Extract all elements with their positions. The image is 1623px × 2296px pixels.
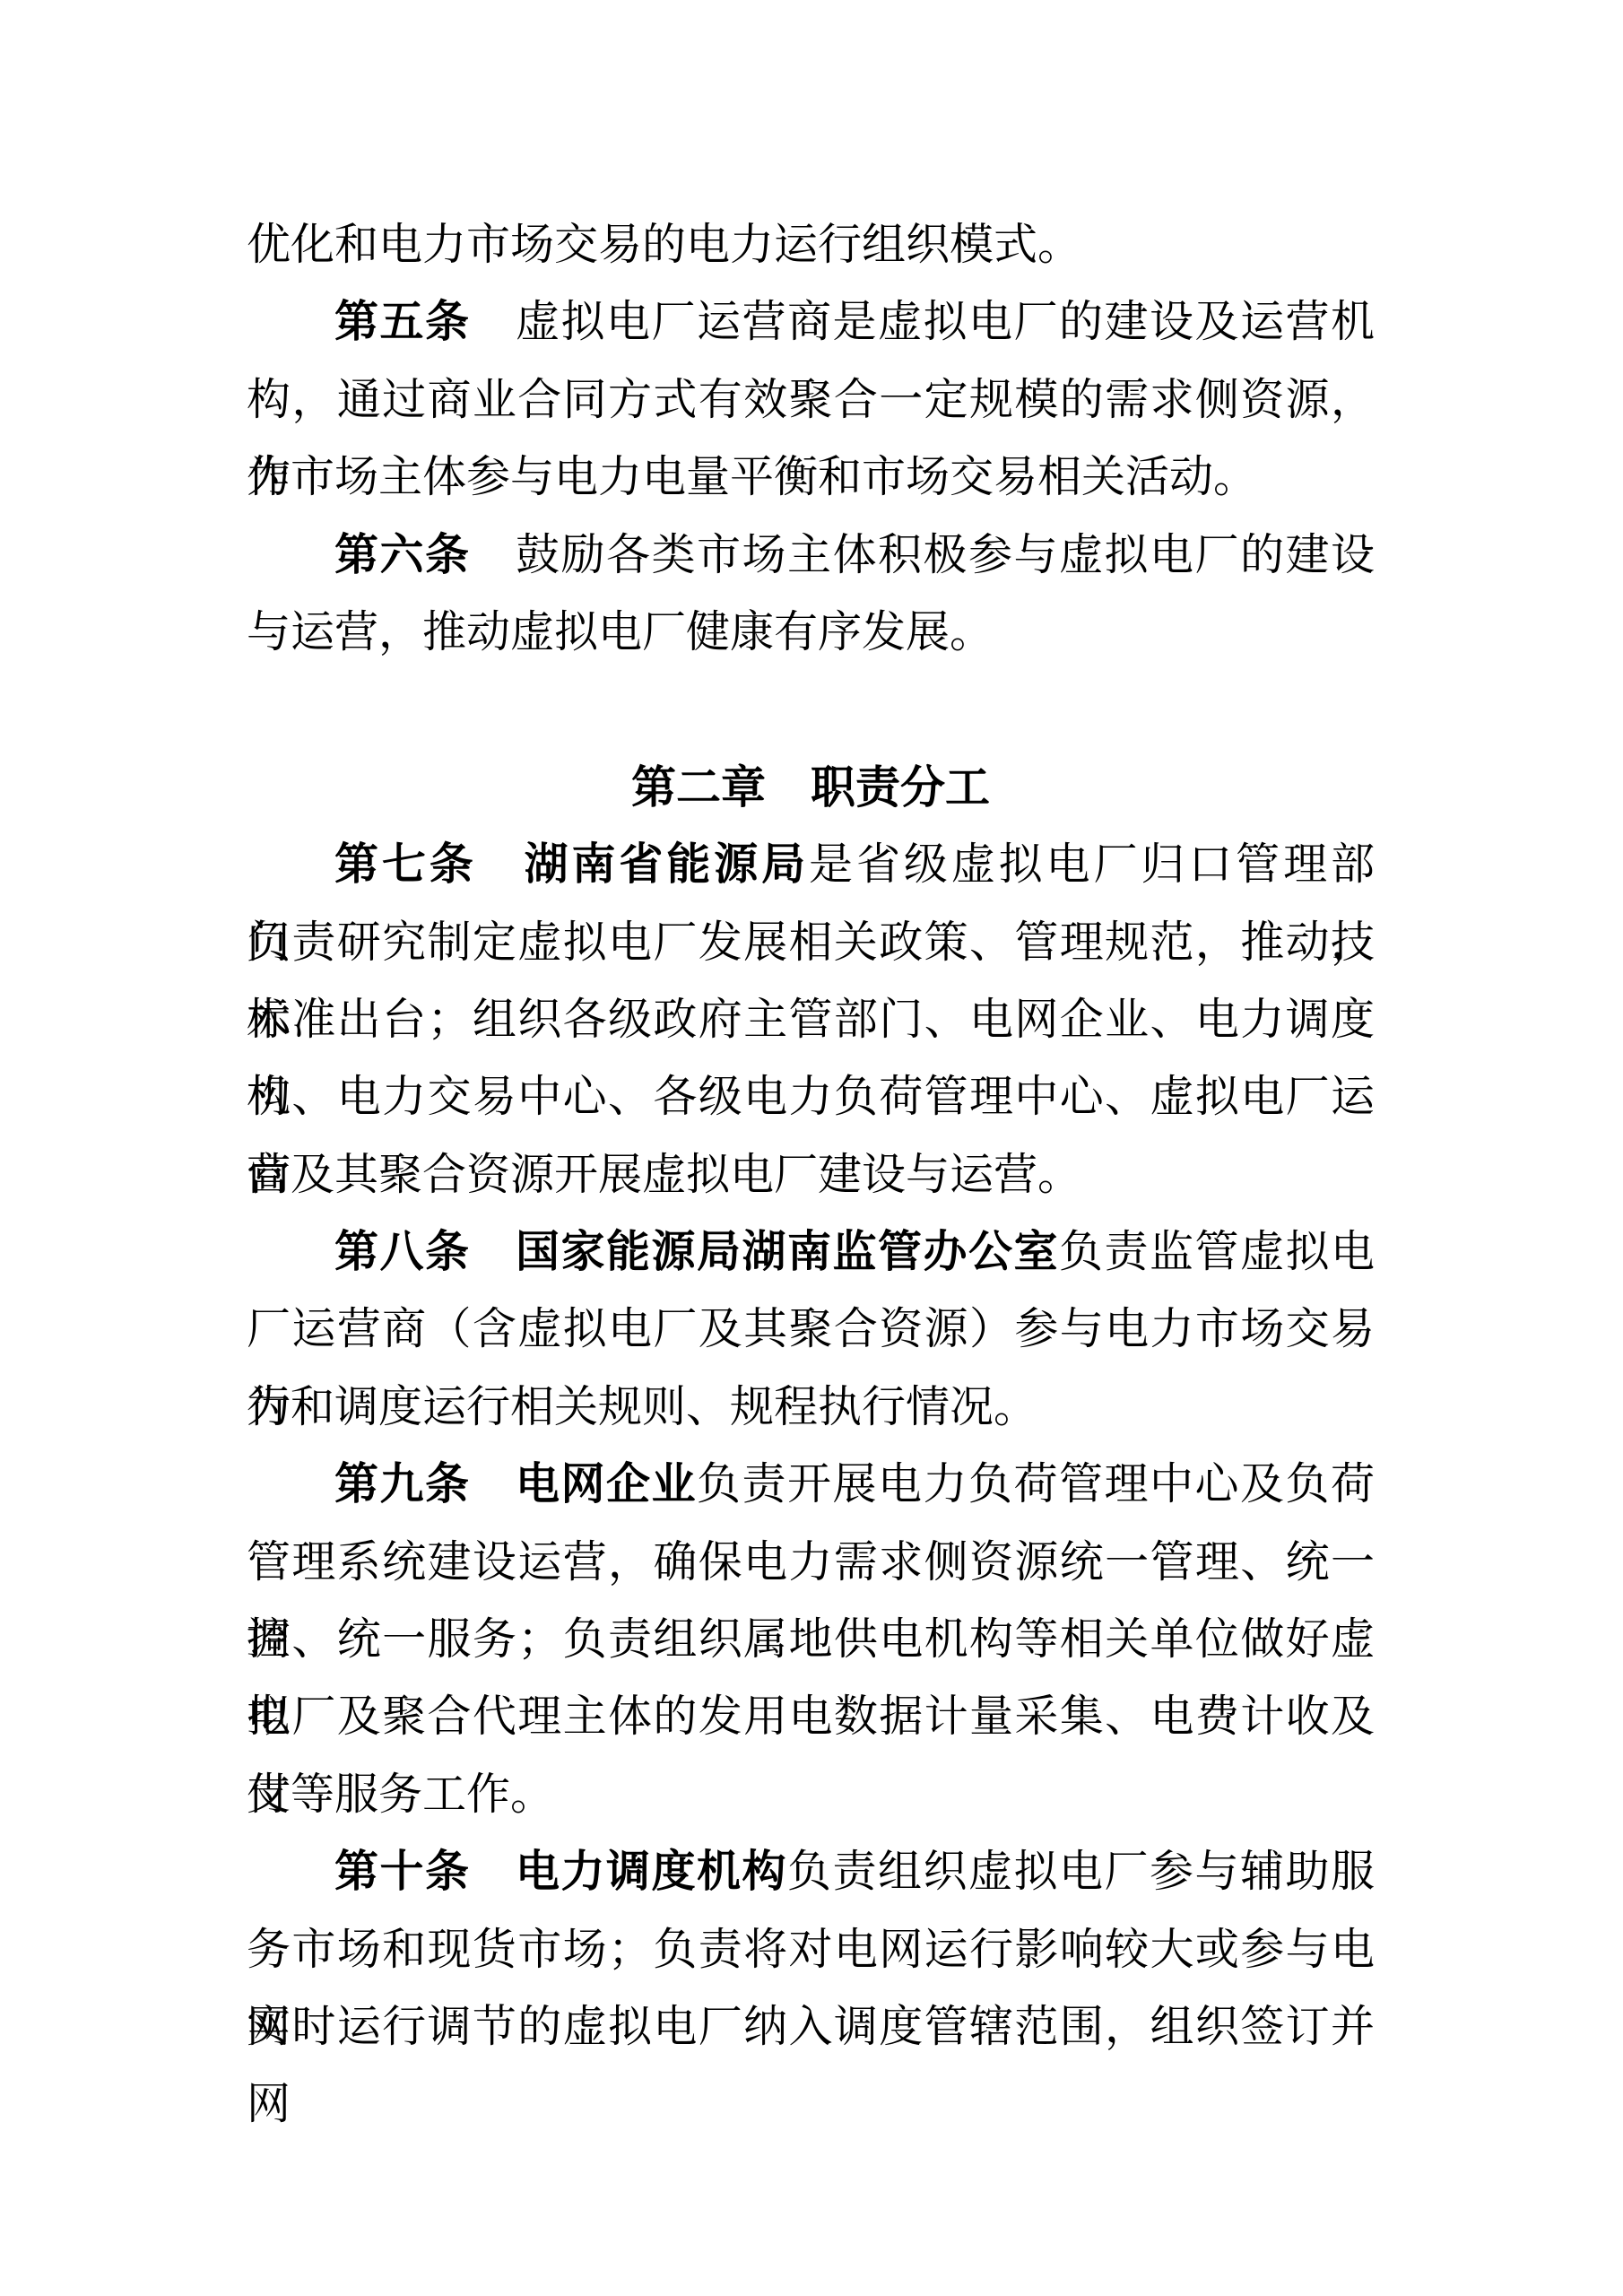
text-line: 第七条 湖南省能源局是省级虚拟电厂归口管理部门， <box>247 826 1375 903</box>
body-text: 虚拟电厂运营商是虚拟电厂的建设及运营机 <box>516 297 1375 346</box>
article-number: 第十条 <box>334 1848 516 1896</box>
text-line: 第六条 鼓励各类市场主体积极参与虚拟电厂的建设 <box>247 517 1375 594</box>
text-line: 为市场主体参与电力电量平衡和市场交易相关活动。 <box>247 439 1375 516</box>
agency-name: 电力调度机构 <box>516 1847 787 1896</box>
agency-name: 电网企业 <box>516 1459 697 1509</box>
body-text: 优化和电力市场交易的电力运行组织模式。 <box>247 220 1081 269</box>
text-line: 第十条 电力调度机构负责组织虚拟电厂参与辅助服 <box>247 1833 1375 1910</box>
document-body: 优化和电力市场交易的电力运行组织模式。第五条 虚拟电厂运营商是虚拟电厂的建设及运… <box>247 206 1375 2066</box>
article-number: 第五条 <box>334 298 516 346</box>
body-text: 付等服务工作。 <box>247 1770 554 1819</box>
text-line: 管理系统建设运营，确保电力需求侧资源统一管理、统一调 <box>247 1524 1375 1601</box>
text-line: 与运营，推动虚拟电厂健康有序发展。 <box>247 594 1375 671</box>
text-line: 付等服务工作。 <box>247 1756 1375 1833</box>
text-line: 商及其聚合资源开展虚拟电厂建设与运营。 <box>247 1136 1375 1213</box>
text-line: 实时运行调节的虚拟电厂纳入调度管辖范围，组织签订并网 <box>247 1988 1375 2066</box>
body-text: 鼓励各类市场主体积极参与虚拟电厂的建设 <box>516 530 1375 579</box>
article-number: 第六条 <box>334 531 516 579</box>
text-line: 第八条 国家能源局湖南监管办公室负责监管虚拟电 <box>247 1213 1375 1291</box>
text-line: 第五条 虚拟电厂运营商是虚拟电厂的建设及运营机 <box>247 283 1375 361</box>
agency-name: 湖南省能源局 <box>525 839 809 889</box>
agency-name: 国家能源局湖南监管办公室 <box>516 1227 1059 1276</box>
article-number: 第八条 <box>334 1228 516 1276</box>
article-number: 第七条 <box>334 840 525 889</box>
body-text: 负责组织虚拟电厂参与辅助服 <box>787 1847 1375 1896</box>
text-line: 第九条 电网企业负责开展电力负荷管理中心及负荷 <box>247 1446 1375 1523</box>
body-text: 与运营，推动虚拟电厂健康有序发展。 <box>247 607 994 657</box>
body-text: 实时运行调节的虚拟电厂纳入调度管辖范围，组织签订并网 <box>247 2002 1375 2128</box>
text-line: 为和调度运行相关规则、规程执行情况。 <box>247 1369 1375 1446</box>
blank-line <box>247 671 1375 748</box>
body-text: 商及其聚合资源开展虚拟电厂建设与运营。 <box>247 1150 1081 1199</box>
text-line: 控、统一服务；负责组织属地供电机构等相关单位做好虚拟 <box>247 1601 1375 1678</box>
article-number: 第九条 <box>334 1460 516 1509</box>
text-line: 构，通过商业合同方式有效聚合一定规模的需求侧资源，作 <box>247 361 1375 439</box>
text-line: 构、电力交易中心、各级电力负荷管理中心、虚拟电厂运营 <box>247 1058 1375 1135</box>
body-text: 为和调度运行相关规则、规程执行情况。 <box>247 1382 1037 1431</box>
text-line: 负责研究制定虚拟电厂发展相关政策、管理规范，推动技术 <box>247 904 1375 981</box>
chapter-heading: 第二章 职责分工 <box>247 749 1375 826</box>
body-text: 负责监管虚拟电 <box>1059 1227 1375 1276</box>
body-text: 负责开展电力负荷管理中心及负荷 <box>697 1459 1375 1509</box>
text-line: 务市场和现货市场；负责将对电网运行影响较大或参与电网 <box>247 1911 1375 1988</box>
body-text: 为市场主体参与电力电量平衡和市场交易相关活动。 <box>247 452 1257 501</box>
chapter-title: 第二章 职责分工 <box>631 762 990 813</box>
text-line: 电厂及聚合代理主体的发用电数据计量采集、电费计收及支 <box>247 1678 1375 1755</box>
text-line: 标准出台；组织各级政府主管部门、电网企业、电力调度机 <box>247 981 1375 1058</box>
text-line: 优化和电力市场交易的电力运行组织模式。 <box>247 206 1375 283</box>
text-line: 厂运营商（含虚拟电厂及其聚合资源）参与电力市场交易行 <box>247 1291 1375 1368</box>
document-page: 优化和电力市场交易的电力运行组织模式。第五条 虚拟电厂运营商是虚拟电厂的建设及运… <box>0 0 1623 2296</box>
